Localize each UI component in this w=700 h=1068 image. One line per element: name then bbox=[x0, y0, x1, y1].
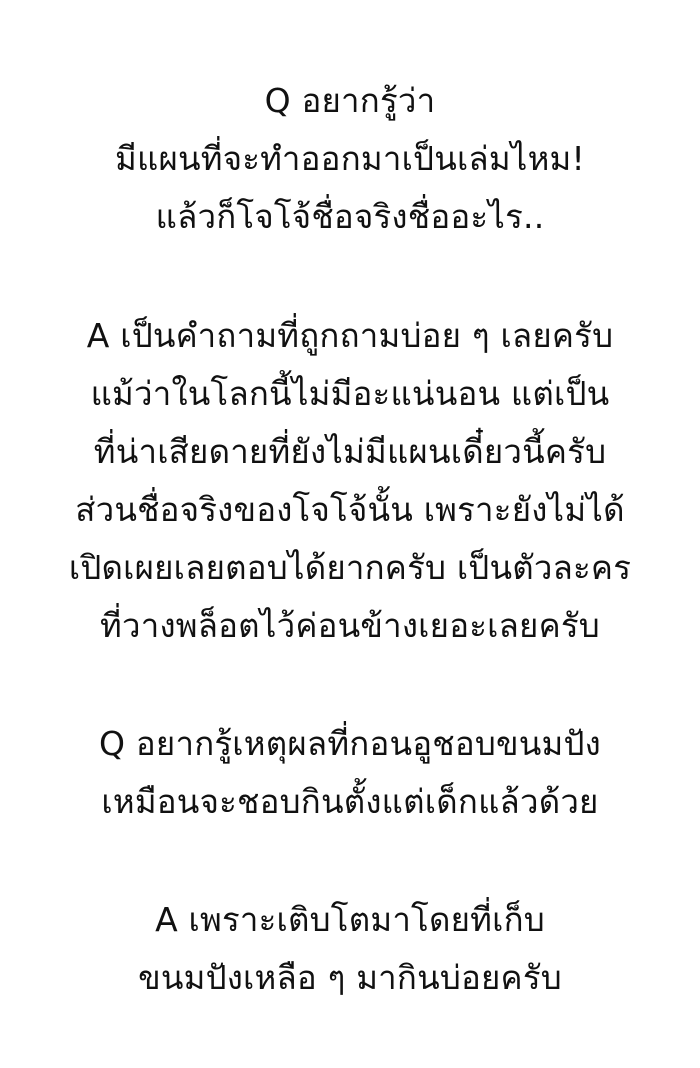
question-1-line-2: มีแผนที่จะทำออกมาเป็นเล่มไหม! bbox=[0, 137, 700, 181]
qa-page: Q อยากรู้ว่า มีแผนที่จะทำออกมาเป็นเล่มไห… bbox=[0, 0, 700, 1068]
question-2-line-1: Q อยากรู้เหตุผลที่กอนอูชอบขนมปัง bbox=[0, 722, 700, 766]
answer-1-line-5: เปิดเผยเลยตอบได้ยากครับ เป็นตัวละคร bbox=[0, 546, 700, 590]
answer-1-line-6: ที่วางพล็อตไว้ค่อนข้างเยอะเลยครับ bbox=[0, 604, 700, 648]
answer-1-line-2: แม้ว่าในโลกนี้ไม่มีอะแน่นอน แต่เป็น bbox=[0, 372, 700, 416]
answer-1-line-1: A เป็นคำถามที่ถูกถามบ่อย ๆ เลยครับ bbox=[0, 314, 700, 358]
answer-1-line-4: ส่วนชื่อจริงของโจโจ้นั้น เพราะยังไม่ได้ bbox=[0, 488, 700, 532]
question-1-line-3: แล้วก็โจโจ้ชื่อจริงชื่ออะไร.. bbox=[0, 195, 700, 239]
question-2-line-2: เหมือนจะชอบกินตั้งแต่เด็กแล้วด้วย bbox=[0, 780, 700, 824]
question-1-line-1: Q อยากรู้ว่า bbox=[0, 79, 700, 123]
answer-2-line-2: ขนมปังเหลือ ๆ มากินบ่อยครับ bbox=[0, 956, 700, 1000]
answer-1-line-3: ที่น่าเสียดายที่ยังไม่มีแผนเดี๋ยวนี้ครับ bbox=[0, 430, 700, 474]
answer-2-line-1: A เพราะเติบโตมาโดยที่เก็บ bbox=[0, 898, 700, 942]
